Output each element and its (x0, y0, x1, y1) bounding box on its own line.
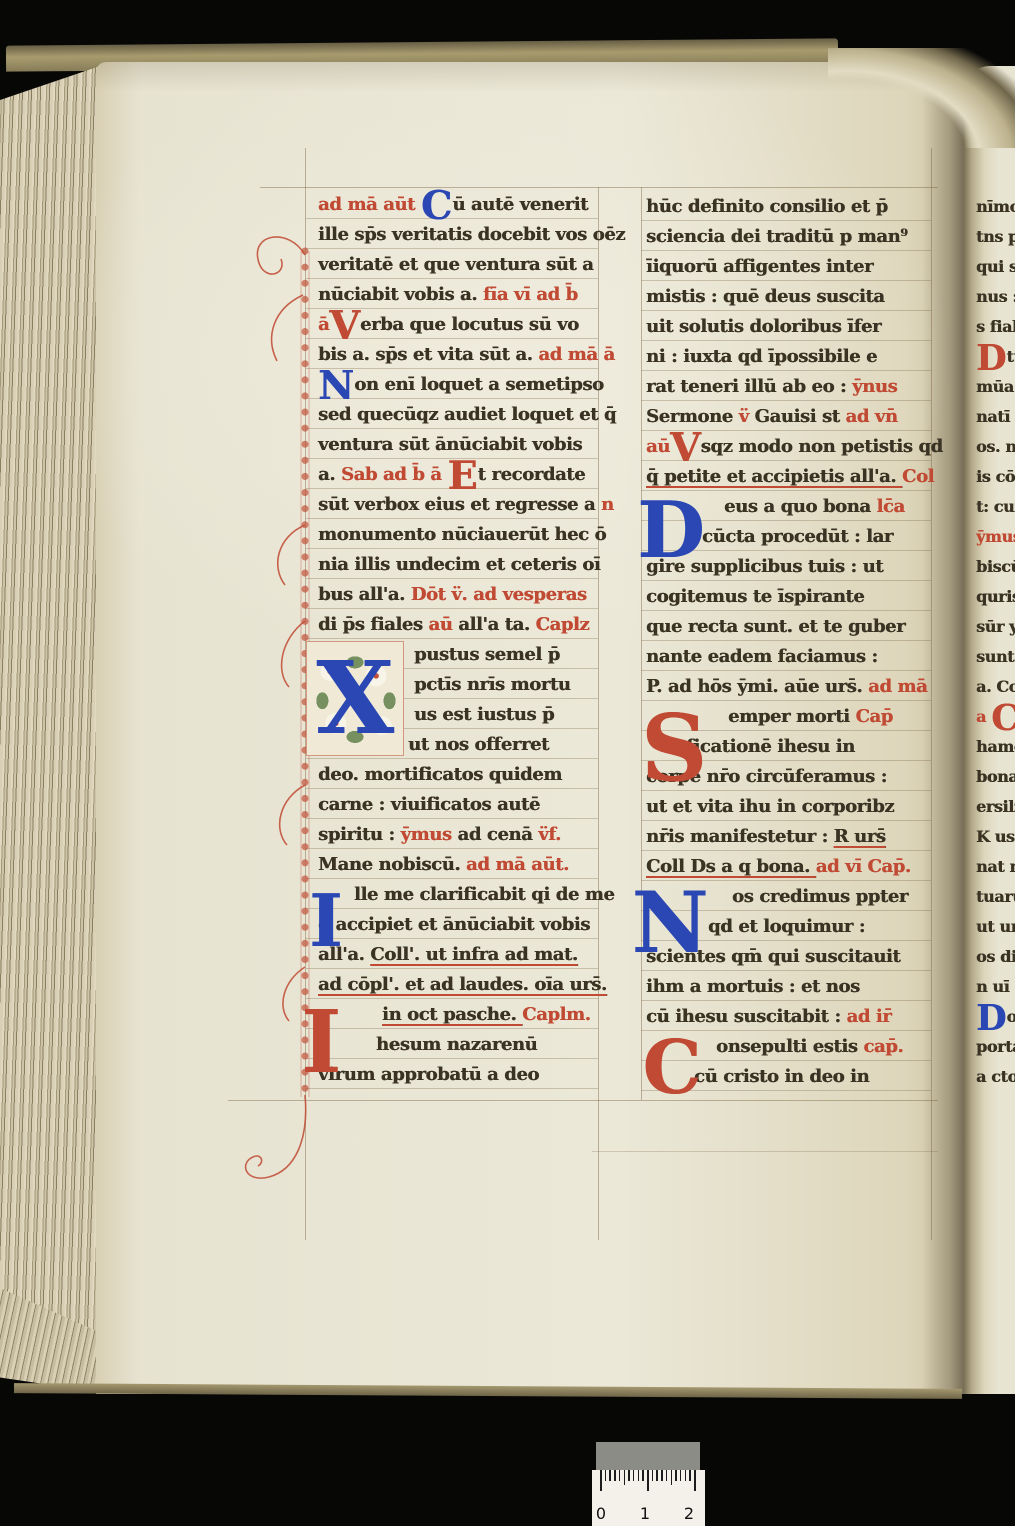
text-line: sunt euel (976, 642, 1015, 672)
ruler-tick (609, 1470, 611, 1481)
text-segment: erba que locutus sū vo (360, 314, 579, 335)
text-segment: Caplm. (522, 1004, 590, 1025)
text-segment: t recordate (478, 464, 586, 485)
text-segment: onsepulti estis (716, 1036, 863, 1057)
ruler-tick (614, 1470, 616, 1481)
text-segment: fīa vī ad b̄ (483, 284, 578, 305)
text-line: monumento nūciauerūt hec ō (318, 520, 620, 550)
text-segment: sciencia dei traditū p man⁹ (646, 226, 908, 247)
text-segment: n (601, 494, 614, 515)
text-line: in oct pasche. Caplm. (318, 1000, 620, 1030)
text-segment: bis a. sp̄s et vita sūt a. (318, 344, 538, 365)
text-segment: os dis saluu (976, 947, 1015, 966)
text-line: ȳmus n (976, 522, 1015, 552)
text-segment: mūa (976, 377, 1014, 396)
text-segment: ū autē venerit (452, 194, 588, 215)
text-line: īiquorū affigentes inter (646, 252, 934, 282)
text-line: carne : viuificatos autē (318, 790, 620, 820)
text-segment: nr̄is manifestetur : (646, 826, 834, 847)
text-segment: lc̄a (876, 496, 904, 517)
text-segment: Sermone (646, 406, 739, 427)
text-line: ersilz aū smp (976, 792, 1015, 822)
text-line: nante eadem faciamus : (646, 642, 934, 672)
text-line: hamour pem (976, 732, 1015, 762)
text-segment: ad mā ā (538, 344, 614, 365)
text-line: qui suā (976, 252, 1015, 282)
photo-backdrop: ad mā aūt Cū autē veneritille sp̄s verit… (0, 0, 1015, 1526)
text-segment: in oct pasche. (382, 1004, 522, 1025)
text-segment: aū (428, 614, 458, 635)
text-segment: ȳmus (400, 824, 457, 845)
text-segment: hesum nazarenū (376, 1034, 537, 1055)
text-segment: v̈ (739, 406, 755, 427)
text-line: is cōiuu (976, 462, 1015, 492)
ruler-tick (624, 1470, 626, 1485)
text-segment: K usqz ad asū (976, 827, 1015, 846)
text-segment: Gauisi st (755, 406, 846, 427)
ruler-tick (661, 1470, 663, 1481)
text-line: bis a. sp̄s et vita sūt a. ad mā ā (318, 340, 620, 370)
text-segment: aū (646, 436, 670, 457)
text-line: mistis : quē deus suscita (646, 282, 934, 312)
dropcap-i-blue: I (309, 884, 335, 960)
ruler-tick (628, 1470, 630, 1481)
text-segment: Caplz (536, 614, 590, 635)
ruler-tick (689, 1470, 691, 1481)
text-segment: tuarū pctā uiā (976, 887, 1015, 906)
text-segment: a ctout (976, 1067, 1015, 1086)
dropcap-x-decorated: X (306, 641, 404, 756)
text-segment: sed quecūqz audiet loquet et q̄ (318, 404, 616, 425)
text-line: ut ur saluu (976, 912, 1015, 942)
page-stack-left-edge (0, 64, 100, 1396)
text-segment: octra qu (1007, 1007, 1015, 1026)
text-segment: īiquorū affigentes inter (646, 256, 873, 277)
text-line: bus all'a. Dōt v̈. ad vesperas (318, 580, 620, 610)
text-segment: eus a quo bona (724, 496, 876, 517)
text-line: nr̄is manifestetur : R urs̄ (646, 822, 934, 852)
dropcap-d-blue: D (635, 495, 707, 569)
text-line: K usqz ad asū (976, 822, 1015, 852)
ruler-tick (600, 1470, 602, 1491)
text-segment: ad mā aūt. (466, 854, 569, 875)
text-line: Mane nobiscū. ad mā aūt. (318, 850, 620, 880)
text-line: biscū ad m̄ (976, 552, 1015, 582)
text-segment: Coll'. ut infra ad mat. (370, 944, 577, 965)
text-segment: os. nī m (976, 437, 1015, 456)
text-segment: v̈f. (538, 824, 561, 845)
text-segment: n uī cuā a n (976, 977, 1015, 996)
text-segment: deo. mortificatos quidem (318, 764, 562, 785)
text-segment: ficationē ihesu in (686, 736, 855, 757)
text-line: virum approbatū a deo (318, 1060, 620, 1090)
text-segment: s fiales (976, 317, 1015, 336)
text-line: natī sua (976, 402, 1015, 432)
text-line: quris ut q (976, 582, 1015, 612)
text-segment: Dōt v̈. ad vesperas (411, 584, 587, 605)
text-line: nīmo (976, 192, 1015, 222)
text-line: Doctra qu (976, 1002, 1015, 1032)
text-line: nat m̄ vī C (976, 852, 1015, 882)
text-segment: monumento nūciauerūt hec ō (318, 524, 606, 545)
text-line: portas (976, 1032, 1015, 1062)
text-segment: carne : viuificatos autē (318, 794, 540, 815)
text-segment: R urs̄ (834, 826, 886, 847)
text-segment: on enī loquet a semetipso (354, 374, 603, 395)
text-segment: pustus semel p̄ (414, 644, 560, 665)
text-segment: ad vn̄ (845, 406, 897, 427)
text-line: a. Sab ad b̄ ā Et recordate (318, 460, 620, 490)
text-segment: spiritu : (318, 824, 400, 845)
text-line: di p̄s fiales aū all'a ta. Caplz (318, 610, 620, 640)
text-line: aūVsqz modo non petistis qd (646, 432, 934, 462)
ruler-tick (671, 1470, 673, 1485)
text-line: all'a. Coll'. ut infra ad mat. (318, 940, 620, 970)
text-line: cogitemus te īspirante (646, 582, 934, 612)
text-segment: sqz modo non petistis qd (701, 436, 943, 457)
text-line: sed quecūqz audiet loquet et q̄ (318, 400, 620, 430)
ruler-tick (652, 1470, 654, 1481)
text-segment: a. (318, 464, 341, 485)
text-segment: ā (318, 314, 329, 335)
text-line: o accipiet et ānūciabit vobis (318, 910, 620, 940)
text-segment: cū ihesu suscitabit : (646, 1006, 846, 1027)
text-line: veritatē et que ventura sūt a (318, 250, 620, 280)
text-line: Dtus (976, 342, 1015, 372)
text-line: uit solutis doloribus īfer (646, 312, 934, 342)
text-line: tns p fū (976, 222, 1015, 252)
ruler-tick (694, 1470, 696, 1491)
text-segment: cogitemus te īspirante (646, 586, 864, 607)
text-segment: tns p fū (976, 227, 1015, 246)
scale-ruler: 0 1 2 (592, 1442, 705, 1526)
text-line: hesum nazarenū (318, 1030, 620, 1060)
ruler-tick (685, 1470, 687, 1481)
text-line: a Ca gmou (976, 702, 1015, 732)
text-line: nus : J (976, 282, 1015, 312)
text-segment: rat teneri illū ab eo : (646, 376, 852, 397)
text-segment: is cōiuu (976, 467, 1015, 486)
ruler-tick (633, 1470, 635, 1481)
text-segment: natī sua (976, 407, 1015, 426)
text-segment: ad cenā (457, 824, 538, 845)
text-line: mūa (976, 372, 1015, 402)
text-line: ni : iuxta qd īpossibile e (646, 342, 934, 372)
text-segment: cūcta procedūt : lar (702, 526, 893, 547)
text-segment: ad ir̄ (846, 1006, 891, 1027)
text-segment: bona. urs in (976, 767, 1015, 786)
text-line: tuarū pctā uiā (976, 882, 1015, 912)
text-segment: ersilz aū smp (976, 797, 1015, 816)
text-segment: pctīs nrīs mortu (414, 674, 570, 695)
text-segment: quris ut q (976, 587, 1015, 606)
text-segment: nūciabit vobis a. (318, 284, 483, 305)
text-line: sciencia dei traditū p man⁹ (646, 222, 934, 252)
text-segment: a. Coll. urs a (976, 677, 1015, 696)
text-segment: Cap̄ (855, 706, 892, 727)
text-segment: sūt verbox eius et regresse a (318, 494, 601, 515)
text-segment: cap̄. (863, 1036, 903, 1057)
ruler-tick (656, 1470, 658, 1481)
ruler-scale-face: 0 1 2 (592, 1470, 705, 1526)
text-segment: veritatē et que ventura sūt a (318, 254, 593, 275)
text-line: Non enī loquet a semetipso (318, 370, 620, 400)
ruler-gray-edge (596, 1442, 700, 1470)
text-line: sūr ypī nrī p (976, 612, 1015, 642)
text-segment: ad vī Cap̄. (816, 856, 911, 877)
dropcap-n-blue: N (631, 883, 709, 965)
text-segment: ad mā aūt (318, 194, 421, 215)
text-segment: Mane nobiscū. (318, 854, 466, 875)
dropcap-s-red: S (637, 703, 711, 797)
text-line: nūciabit vobis a. fīa vī ad b̄ (318, 280, 620, 310)
text-segment: portas (976, 1037, 1015, 1056)
text-segment: o accipiet et ānūciabit vobis (318, 914, 590, 935)
text-segment: emper morti (728, 706, 855, 727)
text-segment: t: cuius q (976, 497, 1015, 516)
text-segment: ad mā (868, 676, 927, 697)
text-segment: nante eadem faciamus : (646, 646, 878, 667)
text-line: bona. urs in (976, 762, 1015, 792)
recto-page-curl (828, 48, 1015, 148)
ruler-tick (638, 1470, 640, 1481)
text-line: spiritu : ȳmus ad cenā v̈f. (318, 820, 620, 850)
text-segment: di p̄s fiales (318, 614, 428, 635)
text-segment: sūr ypī nrī p (976, 617, 1015, 636)
ruler-tick (642, 1470, 644, 1481)
text-segment: qd et loquimur : (708, 916, 865, 937)
text-segment: biscū (976, 557, 1015, 576)
text-segment: qui suā (976, 257, 1015, 276)
dropcap-i-red: I (301, 999, 339, 1091)
text-line: t: cuius q (976, 492, 1015, 522)
text-segment: Sab ad b̄ ā (341, 464, 447, 485)
text-segment: us est iustus p̄ (414, 704, 554, 725)
text-line: nia illis undecim et ceteris oī (318, 550, 620, 580)
text-segment: ȳmus n (976, 527, 1015, 546)
text-line: lle me clarificabit qi de me (318, 880, 620, 910)
text-segment: sunt euel (976, 647, 1015, 666)
ruler-label-1: 1 (638, 1504, 652, 1523)
text-segment: nia illis undecim et ceteris oī (318, 554, 600, 575)
text-line: rat teneri illū ab eo : ȳnus (646, 372, 934, 402)
text-line: ille sp̄s veritatis docebit vos oēz (318, 220, 620, 250)
dropcap-c-red: C (639, 1033, 705, 1105)
ruler-tick (619, 1470, 621, 1481)
text-segment: all'a ta. (458, 614, 535, 635)
text-line: deo. mortificatos quidem (318, 760, 620, 790)
recto-text-strip: nīmotns p fūqui suānus : Js fiales aDtus… (976, 192, 1015, 1094)
text-segment: ihm a mortuis : et nos (646, 976, 860, 997)
text-line: ad mā aūt Cū autē venerit (318, 190, 620, 220)
text-segment: lle me clarificabit qi de me (354, 884, 614, 905)
ruler-label-0: 0 (594, 1504, 608, 1523)
text-segment: ni : iuxta qd īpossibile e (646, 346, 877, 367)
text-segment: nat m̄ (976, 857, 1015, 876)
text-segment: bus all'a. (318, 584, 411, 605)
text-segment: virum approbatū a deo (318, 1064, 539, 1085)
text-line: que recta sunt. et te guber (646, 612, 934, 642)
text-segment: os credimus ppter (732, 886, 908, 907)
text-line: ad cōpl'. et ad laudes. oīa urs̄. (318, 970, 620, 1000)
text-line: ihm a mortuis : et nos (646, 972, 934, 1002)
text-segment: ad cōpl'. et ad laudes. oīa urs̄. (318, 974, 607, 995)
ruler-label-2: 2 (682, 1504, 696, 1523)
text-segment: nus : (976, 287, 1015, 306)
text-segment: mistis : quē deus suscita (646, 286, 885, 307)
text-line: os dis saluu (976, 942, 1015, 972)
text-segment: tus (1007, 347, 1015, 366)
text-line: os. nī m (976, 432, 1015, 462)
ruled-line-top (260, 187, 938, 188)
text-segment: cū cristo in deo in (694, 1066, 869, 1087)
ruler-tick (647, 1470, 649, 1491)
text-segment: ille sp̄s veritatis docebit vos oēz (318, 224, 625, 245)
text-segment: ȳnus (852, 376, 897, 397)
ruler-tick (605, 1470, 607, 1481)
ruler-ticks (600, 1470, 700, 1494)
text-segment: a (976, 707, 991, 726)
ruler-tick (666, 1470, 668, 1481)
text-segment: nīmo (976, 197, 1015, 216)
text-segment: hūc definito consilio et p̄ (646, 196, 888, 217)
text-segment: uit solutis doloribus īfer (646, 316, 881, 337)
text-segment: ut ur saluu (976, 917, 1015, 936)
ruler-tick (675, 1470, 677, 1481)
ruled-line-bottom-2 (592, 1151, 938, 1152)
text-segment: q̄ petite et accipietis all'a. (646, 466, 902, 487)
text-segment: ventura sūt ānūciabit vobis (318, 434, 582, 455)
text-line: āVerba que locutus sū vo (318, 310, 620, 340)
text-segment: Col (902, 466, 934, 487)
text-line: hūc definito consilio et p̄ (646, 192, 934, 222)
ruler-tick (680, 1470, 682, 1481)
text-line: sūt verbox eius et regresse a n (318, 490, 620, 520)
text-line: a ctout (976, 1062, 1015, 1092)
text-segment: hamour pem (976, 737, 1015, 756)
text-segment: que recta sunt. et te guber (646, 616, 905, 637)
